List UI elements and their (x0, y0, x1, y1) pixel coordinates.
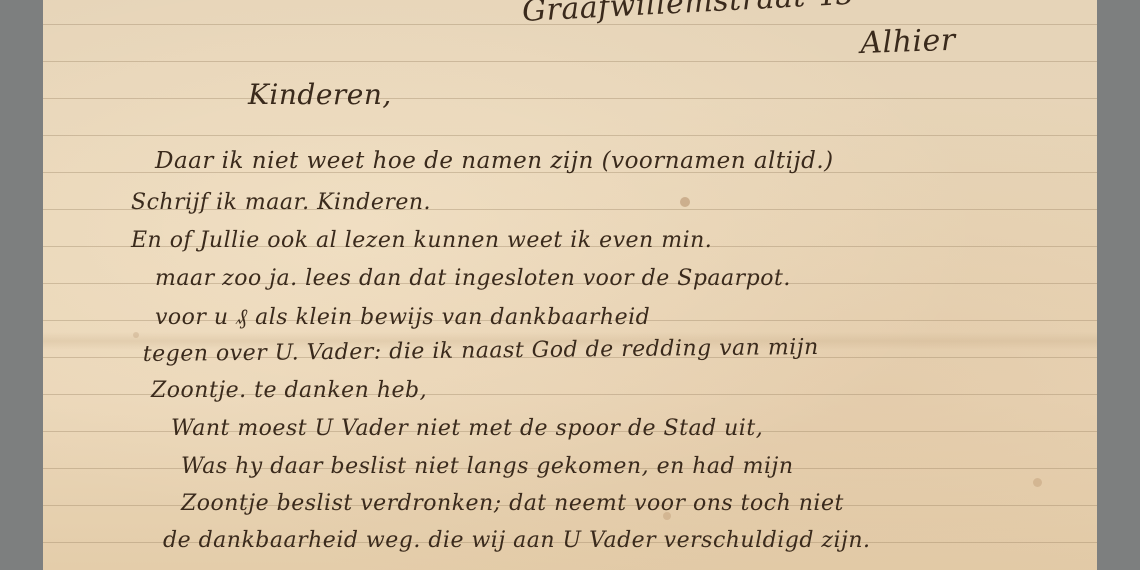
body-line-11: de dankbaarheid weg. die wij aan U Vader… (163, 528, 871, 553)
body-line-3: En of Jullie ook al lezen kunnen weet ik… (131, 228, 712, 253)
body-line-5: voor u ₰ als klein bewijs van dankbaarhe… (155, 304, 650, 330)
ink-stain (680, 197, 690, 207)
body-line-10: Zoontje beslist verdronken; dat neemt vo… (181, 491, 844, 516)
sender-city: Alhier (860, 23, 956, 61)
letter-paper: Graafwillemstraat 45 Alhier Kinderen, Da… (43, 0, 1097, 570)
body-line-2: Schrijf ik maar. Kinderen. (131, 190, 431, 215)
ruled-line (43, 135, 1097, 136)
ink-stain (133, 332, 139, 338)
body-line-8: Want moest U Vader niet met de spoor de … (171, 416, 763, 441)
ink-stain (1033, 478, 1042, 487)
body-line-1: Daar ik niet weet hoe de namen zijn (voo… (155, 148, 834, 174)
body-line-7: Zoontje. te danken heb, (151, 378, 427, 403)
ruled-line (43, 98, 1097, 99)
ruled-line (43, 61, 1097, 62)
body-line-4: maar zoo ja. lees dan dat ingesloten voo… (155, 266, 791, 291)
salutation: Kinderen, (248, 78, 392, 111)
body-line-9: Was hy daar beslist niet langs gekomen, … (181, 454, 794, 479)
